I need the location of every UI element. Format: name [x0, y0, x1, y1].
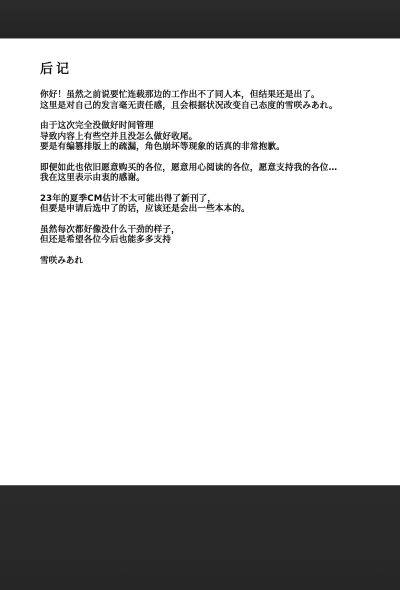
- page-title: 后记: [40, 62, 385, 78]
- top-dark-band: [0, 0, 400, 39]
- bottom-dark-band: [0, 485, 400, 590]
- text-line: 但要是申请后选中了的话，应该还是会出一些本本的。: [40, 204, 385, 215]
- text-line: 但还是希望各位今后也能多多支持: [40, 235, 385, 246]
- afterword-page: 后记 你好！虽然之前说要忙连载那边的工作出不了同人本，但结果还是出了。 这里是对…: [40, 62, 385, 266]
- author-signature: 雪咲みあれ: [40, 256, 385, 267]
- text-line: 这里是对自己的发言毫无责任感，且会根据状况改变自己态度的雪咲みあれ。: [40, 101, 385, 112]
- text-line: 虽然每次都好像没什么干劲的样子，: [40, 225, 385, 236]
- paragraph-2: 由于这次完全没做好时间管理 导致内容上有些空并且没怎么做好收尾。 要是有编篡排版…: [40, 121, 385, 153]
- text-line: 你好！虽然之前说要忙连载那边的工作出不了同人本，但结果还是出了。: [40, 90, 385, 101]
- text-line: 由于这次完全没做好时间管理: [40, 121, 385, 132]
- paragraph-3: 即便如此也依旧愿意购买的各位，愿意用心阅读的各位，愿意支持我的各位… 我在这里表…: [40, 163, 385, 184]
- text-line: 我在这里表示由衷的感谢。: [40, 173, 385, 184]
- text-line: 要是有编篡排版上的疏漏，角色崩坏等现象的话真的非常抱歉。: [40, 142, 385, 153]
- text-line: 导致内容上有些空并且没怎么做好收尾。: [40, 132, 385, 143]
- paragraph-5: 虽然每次都好像没什么干劲的样子， 但还是希望各位今后也能多多支持: [40, 225, 385, 246]
- text-line: 23年的夏季CM估计不太可能出得了新刊了，: [40, 194, 385, 205]
- paragraph-4: 23年的夏季CM估计不太可能出得了新刊了， 但要是申请后选中了的话，应该还是会出…: [40, 194, 385, 215]
- paragraph-1: 你好！虽然之前说要忙连载那边的工作出不了同人本，但结果还是出了。 这里是对自己的…: [40, 90, 385, 111]
- text-line: 即便如此也依旧愿意购买的各位，愿意用心阅读的各位，愿意支持我的各位…: [40, 163, 385, 174]
